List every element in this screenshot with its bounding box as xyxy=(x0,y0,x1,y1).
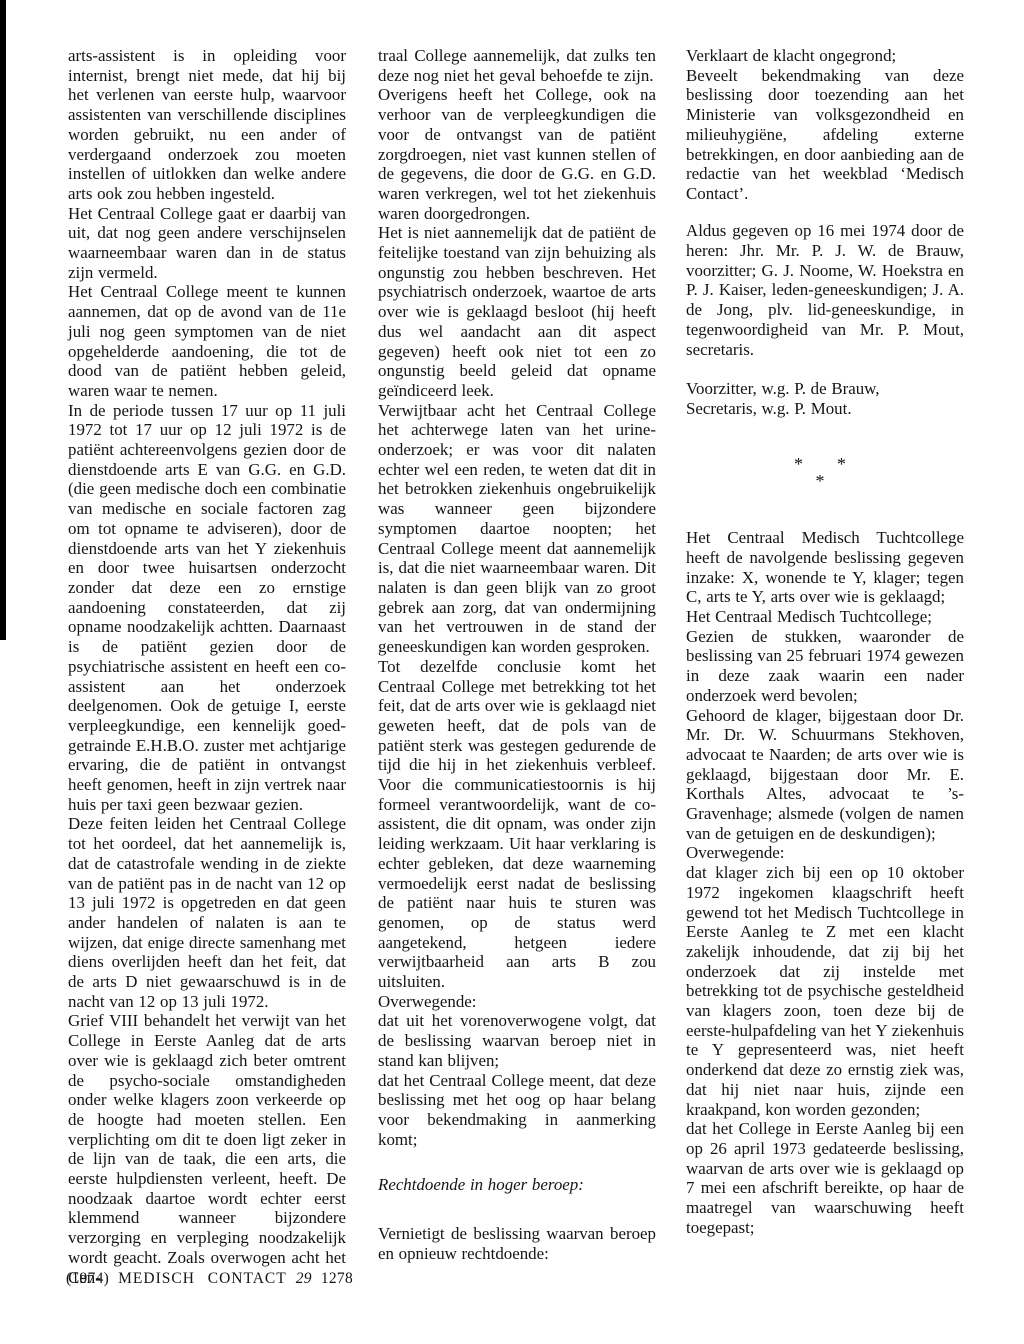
spacer xyxy=(378,1149,656,1175)
paragraph: dat klager zich bij een op 10 oktober 19… xyxy=(686,863,964,1119)
paragraph: Overwegende: xyxy=(686,843,964,863)
paragraph: Secretaris, w.g. P. Mout. xyxy=(686,399,964,419)
journal-page: arts-assistent is in opleiding voor inte… xyxy=(0,0,1024,1344)
paragraph: Verwijtbaar acht het Centraal College he… xyxy=(378,401,656,657)
paragraph: Tot dezelfde conclusie komt het Centraal… xyxy=(378,657,656,992)
paragraph: Verklaart de klacht ongegrond; xyxy=(686,46,964,66)
paragraph: Het Centraal College gaat er daarbij van… xyxy=(68,204,346,283)
column-1: arts-assistent is in opleiding voor inte… xyxy=(68,46,346,1287)
asterisk-glyph: * xyxy=(816,473,825,489)
paragraph: Grief VIII behandelt het verwijt van het… xyxy=(68,1011,346,1287)
footer-volume: 29 xyxy=(296,1270,312,1287)
asterisk-glyph: * xyxy=(837,456,846,473)
paragraph: Overigens heeft het College, ook na verh… xyxy=(378,85,656,223)
paragraph: Voorzitter, w.g. P. de Brauw, xyxy=(686,379,964,399)
spacer xyxy=(686,204,964,222)
paragraph: Vernietigt de beslissing waarvan beroep … xyxy=(378,1224,656,1263)
paragraph: Overwegende: xyxy=(378,992,656,1012)
paragraph: Gezien de stukken, waaronder de beslissi… xyxy=(686,627,964,706)
paragraph: Het Centraal Medisch Tuchtcollege; xyxy=(686,607,964,627)
asterisk-separator: *** xyxy=(686,456,964,489)
column-2: traal College aannemelijk, dat zulks ten… xyxy=(378,46,656,1264)
paragraph: Deze feiten leiden het Centraal College … xyxy=(68,814,346,1011)
paragraph: Het Centraal Medisch Tuchtcollege heeft … xyxy=(686,528,964,607)
spacer xyxy=(378,1195,656,1225)
paragraph: dat het College in Eerste Aanleg bij een… xyxy=(686,1119,964,1237)
paragraph: Beveelt bekendmaking van deze beslissing… xyxy=(686,66,964,204)
paragraph: Het Centraal College meent te kunnen aan… xyxy=(68,282,346,400)
paragraph: Het is niet aannemelijk dat de patiënt d… xyxy=(378,223,656,400)
page-footer: (1974)MEDISCH CONTACT291278 xyxy=(66,1270,362,1288)
footer-year: (1974) xyxy=(66,1270,109,1287)
paragraph: In de periode tussen 17 uur op 11 juli 1… xyxy=(68,401,346,815)
spacer xyxy=(686,359,964,379)
spacer xyxy=(686,489,964,528)
paragraph: traal College aannemelijk, dat zulks ten… xyxy=(378,46,656,85)
paragraph: Aldus gegeven op 16 mei 1974 door de her… xyxy=(686,221,964,359)
spacer xyxy=(686,418,964,455)
footer-journal-title: MEDISCH CONTACT xyxy=(118,1270,287,1287)
paragraph: arts-assistent is in opleiding voor inte… xyxy=(68,46,346,204)
paragraph: dat uit het vorenoverwogene volgt, dat d… xyxy=(378,1011,656,1070)
asterisk-glyph: * xyxy=(794,456,803,473)
paragraph: dat het Centraal College meent, dat deze… xyxy=(378,1071,656,1150)
column-3: Verklaart de klacht ongegrond;Beveelt be… xyxy=(686,46,964,1237)
footer-page-number: 1278 xyxy=(321,1270,353,1287)
paragraph: Gehoord de klager, bijgestaan door Dr. M… xyxy=(686,706,964,844)
paragraph: Rechtdoende in hoger beroep: xyxy=(378,1175,656,1195)
scan-edge-artifact xyxy=(0,0,6,640)
